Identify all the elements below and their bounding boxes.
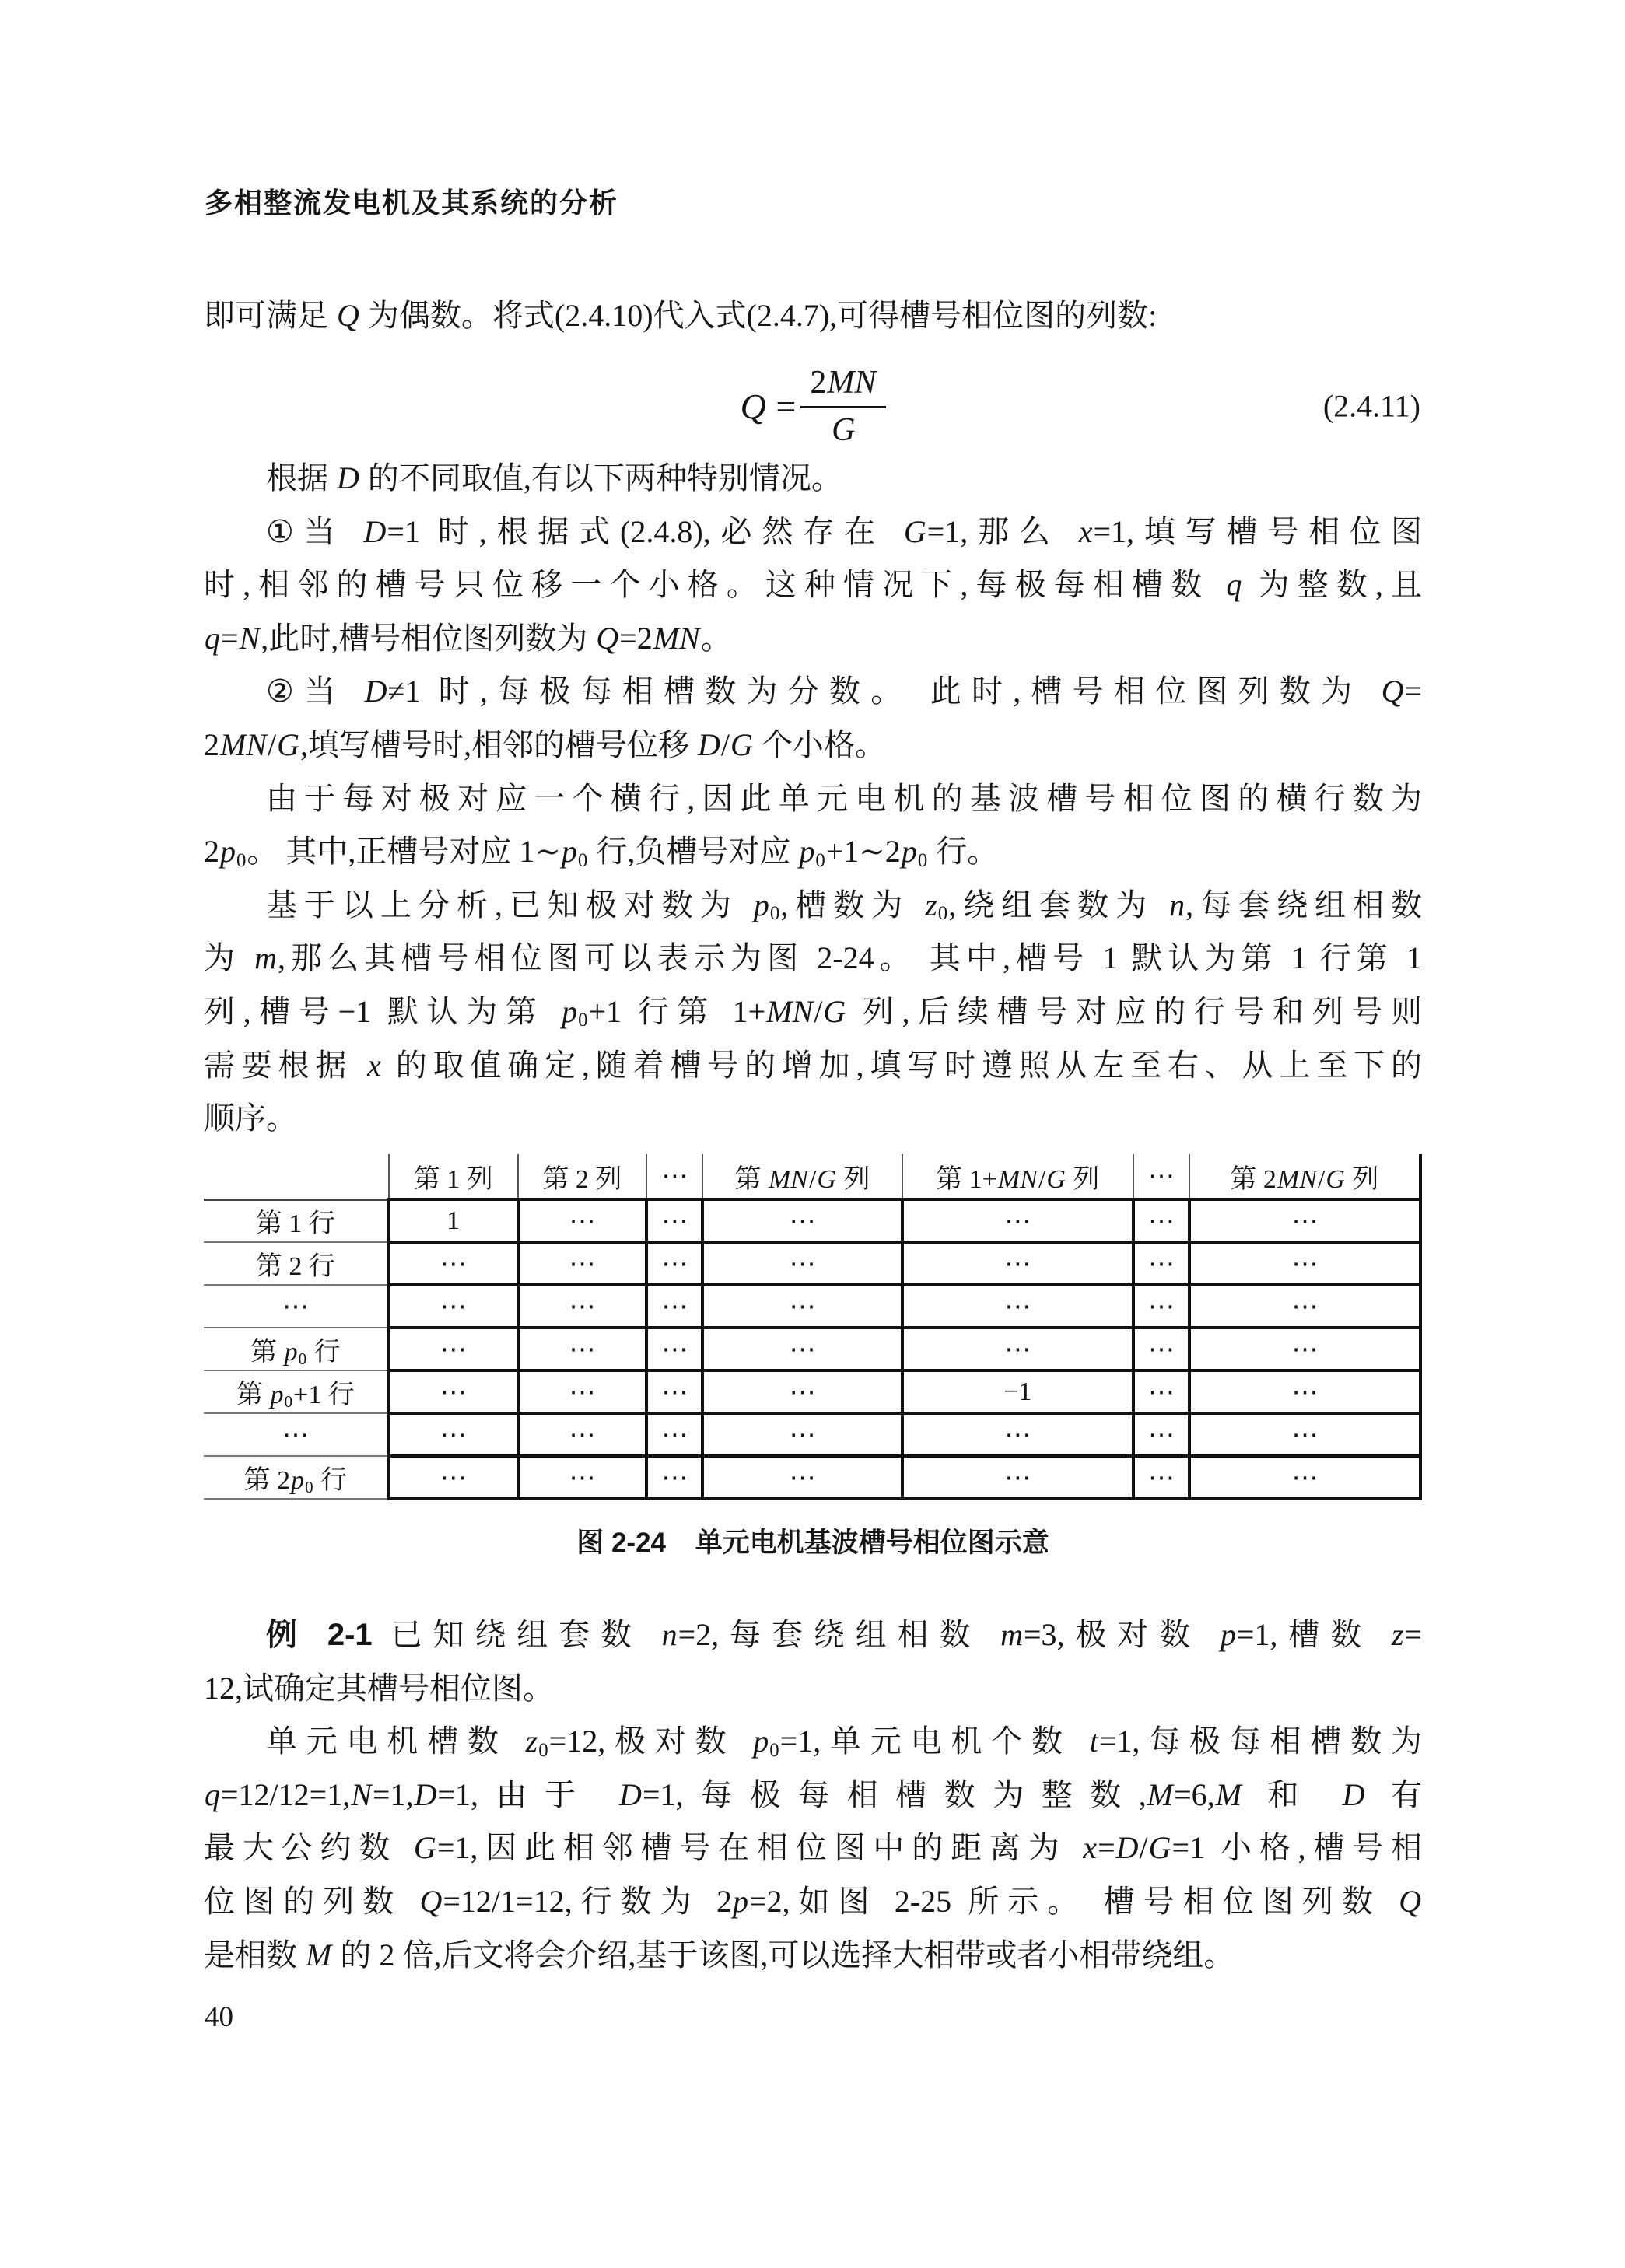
table-cell: ⋯	[518, 1456, 647, 1499]
table-cell: ⋯	[646, 1456, 702, 1499]
math-var: p	[753, 887, 770, 922]
table-cell: ⋯	[389, 1413, 518, 1456]
math-var: p	[752, 1724, 769, 1759]
table-body: 第 1 行1⋯⋯⋯⋯⋯⋯第 2 行⋯⋯⋯⋯⋯⋯⋯⋯⋯⋯⋯⋯⋯⋯⋯第 p0 行⋯⋯…	[204, 1199, 1420, 1499]
text-run: =1,由于	[437, 1777, 618, 1812]
text-line: 需要根据 x 的取值确定,随着槽号的增加,填写时遵照从左至右、从上至下的	[204, 1039, 1422, 1093]
math-var: G	[730, 727, 754, 762]
math-var: p	[798, 834, 815, 869]
text-run: /	[1038, 1165, 1045, 1194]
math-var: G	[903, 514, 927, 549]
figure-caption-title: 单元电机基波槽号相位图示意	[695, 1528, 1049, 1558]
row-header: 第 2p0 行	[204, 1456, 389, 1499]
text-line: 为 m,那么其槽号相位图可以表示为图 2-24。 其中,槽号 1 默认为第 1 …	[204, 932, 1422, 985]
table-cell: ⋯	[902, 1328, 1133, 1370]
text-run: =2	[619, 621, 653, 656]
text-line: 例 2-1 已知绕组套数 n=2,每套绕组相数 m=3,极对数 p=1,槽数 z…	[204, 1608, 1422, 1662]
text-run: +1 行第 1+	[588, 994, 765, 1029]
math-var: p	[219, 834, 236, 869]
text-run: 0	[299, 1349, 308, 1368]
text-run: +1∼2	[826, 834, 901, 869]
text-run: 有	[1365, 1777, 1422, 1812]
table-cell: ⋯	[646, 1328, 702, 1370]
row-header: ⋯	[204, 1413, 389, 1456]
text-run: 行	[307, 1338, 341, 1367]
table-cell: ⋯	[702, 1413, 902, 1456]
table-row: 第 p0+1 行⋯⋯⋯⋯−1⋯⋯	[204, 1370, 1420, 1413]
math-var: D	[413, 1777, 437, 1812]
math-var: MN	[653, 621, 701, 656]
math-var: G	[1148, 1830, 1172, 1865]
math-var: Q	[336, 298, 360, 333]
math-var: p	[290, 1466, 305, 1495]
table-row: ⋯⋯⋯⋯⋯⋯⋯⋯	[204, 1285, 1420, 1328]
table-cell: ⋯	[1189, 1456, 1420, 1499]
text-run: =3,极对数	[1024, 1617, 1220, 1652]
text-run: 个小格。	[754, 727, 886, 762]
table-cell: ⋯	[1189, 1285, 1420, 1328]
math-var: MN	[768, 1165, 809, 1194]
text-run: =1,槽数	[1237, 1617, 1391, 1652]
math-var: p	[284, 1338, 299, 1367]
table-cell: ⋯	[1133, 1199, 1189, 1242]
text-run: =12/12=1,	[221, 1777, 350, 1812]
table-cell: ⋯	[1189, 1413, 1420, 1456]
column-header: 第 MN/G 列	[702, 1154, 902, 1199]
table-row: 第 1 行1⋯⋯⋯⋯⋯⋯	[204, 1199, 1420, 1242]
text-run: ⋯	[661, 1162, 688, 1191]
table-cell: ⋯	[1189, 1242, 1420, 1285]
text-run: =12,极对数	[549, 1724, 753, 1759]
text-run: 行,负槽号对应	[588, 834, 798, 869]
text-run: =1,每极每相槽数为	[1099, 1724, 1422, 1759]
table-cell: 1	[389, 1199, 518, 1242]
table-cell: ⋯	[1133, 1413, 1189, 1456]
math-var: Q	[595, 621, 619, 656]
math-var: M	[305, 1937, 332, 1972]
math-var: MN	[219, 727, 268, 762]
math-var: MN	[826, 365, 877, 401]
math-var: D	[364, 674, 388, 709]
text-run: 例 2-1	[266, 1618, 373, 1652]
math-var: p	[732, 1884, 749, 1919]
text-line: 是相数 M 的 2 倍,后文将会介绍,基于该图,可以选择大相带或者小相带绕组。	[204, 1929, 1422, 1983]
math-var: D	[336, 460, 360, 495]
text-run: +1 行	[293, 1381, 355, 1409]
text-run: 的 2 倍,后文将会介绍,基于该图,可以选择大相带或者小相带绕组。	[332, 1937, 1235, 1972]
text-run: 0	[305, 1478, 314, 1496]
table-cell: ⋯	[646, 1370, 702, 1413]
table-cell: ⋯	[389, 1242, 518, 1285]
text-line: ①当 D=1 时,根据式(2.4.8),必然存在 G=1,那么 x=1,填写槽号…	[204, 506, 1422, 559]
table-cell: ⋯	[702, 1370, 902, 1413]
row-header: 第 1 行	[204, 1199, 389, 1242]
math-var: Q	[1381, 674, 1405, 709]
math-var: M	[1147, 1777, 1174, 1812]
text-run: 0	[770, 903, 780, 924]
corner-cell	[204, 1154, 389, 1199]
text-run: 第 1+	[936, 1165, 997, 1194]
text-line: 即可满足 Q 为偶数。将式(2.4.10)代入式(2.4.7),可得槽号相位图的…	[204, 289, 1422, 343]
table-cell: ⋯	[518, 1199, 647, 1242]
table-cell: ⋯	[1189, 1370, 1420, 1413]
math-var: N	[350, 1777, 373, 1812]
text-line: 根据 D 的不同取值,有以下两种特别情况。	[204, 452, 1422, 506]
text-run: 2	[204, 834, 219, 869]
row-header: 第 2 行	[204, 1242, 389, 1285]
math-var: Q	[419, 1884, 443, 1919]
text-run: 。	[701, 621, 732, 656]
row-header: 第 p0 行	[204, 1328, 389, 1370]
text-run: =12/1=12,行数为 2	[443, 1884, 732, 1919]
text-run: /	[814, 994, 822, 1029]
text-run: 即可满足	[204, 298, 336, 333]
text-run: 第 1 列	[414, 1165, 493, 1194]
math-var: Q	[740, 387, 767, 426]
math-var: G	[822, 994, 846, 1029]
figure-caption-label: 图 2-24	[576, 1528, 666, 1558]
equation-row: Q = 2MN G (2.4.11)	[204, 352, 1422, 460]
table-cell: ⋯	[646, 1242, 702, 1285]
book-page: 多相整流发电机及其系统的分析 即可满足 Q 为偶数。将式(2.4.10)代入式(…	[0, 0, 1625, 2268]
math-var: z	[525, 1724, 539, 1759]
text-run: =	[1404, 674, 1422, 709]
math-var: MN	[765, 994, 814, 1029]
text-run: ,那么其槽号相位图可以表示为图 2-24。 其中,槽号 1 默认为第 1 行第 …	[278, 940, 1422, 975]
math-var: z	[924, 887, 938, 922]
fraction-denominator: G	[800, 406, 886, 449]
column-header: 第 1 列	[389, 1154, 518, 1199]
text-line: 基于以上分析,已知极对数为 p0,槽数为 z0,绕组套数为 n,每套绕组相数	[204, 879, 1422, 933]
text-run: 0	[938, 903, 948, 924]
table-cell: ⋯	[702, 1285, 902, 1328]
math-var: p	[901, 834, 918, 869]
text-line: 位图的列数 Q=12/1=12,行数为 2p=2,如图 2-25 所示。 槽号相…	[204, 1875, 1422, 1929]
text-run: 2	[204, 727, 219, 762]
table-cell: ⋯	[902, 1285, 1133, 1328]
math-var: q	[1225, 567, 1242, 602]
equation-number: (2.4.11)	[1323, 388, 1420, 425]
text-run: 是相数	[204, 1937, 305, 1972]
table-cell: ⋯	[518, 1370, 647, 1413]
table-row: ⋯⋯⋯⋯⋯⋯⋯⋯	[204, 1413, 1420, 1456]
table-cell: ⋯	[902, 1456, 1133, 1499]
text-line: 由于每对极对应一个横行,因此单元电机的基波槽号相位图的横行数为	[204, 772, 1422, 826]
text-run: ⋯	[1148, 1162, 1175, 1191]
text-run: ①当	[266, 514, 362, 549]
math-var: x	[1078, 514, 1094, 549]
math-var: p	[1220, 1617, 1237, 1652]
table-cell: ⋯	[1133, 1456, 1189, 1499]
math-var: G	[831, 412, 856, 448]
text-run: 0	[538, 1740, 548, 1761]
math-var: D	[697, 727, 721, 762]
text-run: 时,相邻的槽号只位移一个小格。这种情况下,每极每相槽数	[204, 567, 1225, 602]
text-run: 列	[837, 1165, 870, 1194]
math-var: D	[1115, 1830, 1140, 1865]
running-header: 多相整流发电机及其系统的分析	[205, 181, 618, 221]
text-run: =1 时,根据式(2.4.8),必然存在	[387, 514, 902, 549]
table-cell: ⋯	[518, 1242, 647, 1285]
text-run: 列,后续槽号对应的行号和列号则	[846, 994, 1422, 1029]
text-run: =1,	[373, 1777, 414, 1812]
table-cell: ⋯	[646, 1199, 702, 1242]
math-var: m	[254, 940, 278, 975]
table-cell: ⋯	[646, 1285, 702, 1328]
text-run: /	[1140, 1830, 1148, 1865]
math-var: G	[413, 1830, 437, 1865]
text-run: ②当	[266, 674, 364, 709]
math-var: D	[618, 1777, 643, 1812]
math-var: G	[816, 1165, 837, 1194]
table-header-row: 第 1 列第 2 列⋯第 MN/G 列第 1+MN/G 列⋯第 2MN/G 列	[204, 1154, 1420, 1199]
text-run: 基于以上分析,已知极对数为	[266, 887, 753, 922]
math-var: Q	[1398, 1884, 1422, 1919]
text-run: 为整数,且	[1242, 567, 1422, 602]
math-var: p	[269, 1381, 284, 1409]
text-run: 的取值确定,随着槽号的增加,填写时遵照从左至右、从上至下的	[382, 1048, 1422, 1083]
table-cell: ⋯	[389, 1456, 518, 1499]
text-line: 列,槽号−1 默认为第 p0+1 行第 1+MN/G 列,后续槽号对应的行号和列…	[204, 985, 1422, 1039]
math-var: M	[1215, 1777, 1242, 1812]
text-run: 第 2	[1230, 1165, 1277, 1194]
text-run: ,填写槽号时,相邻的槽号位移	[300, 727, 697, 762]
text-run: ⋯	[282, 1293, 309, 1321]
text-run: 第	[250, 1338, 284, 1367]
table-cell: ⋯	[1133, 1242, 1189, 1285]
math-var: D	[362, 514, 387, 549]
text-run: 2	[810, 365, 826, 401]
table-cell: ⋯	[389, 1328, 518, 1370]
text-run: 0	[918, 850, 928, 871]
text-run: 最大公约数	[204, 1830, 413, 1865]
column-header: ⋯	[1133, 1154, 1189, 1199]
math-var: p	[561, 834, 578, 869]
row-header: 第 p0+1 行	[204, 1370, 389, 1413]
text-line: 2p0。 其中,正槽号对应 1∼p0 行,负槽号对应 p0+1∼2p0 行。	[204, 825, 1422, 879]
text-run: =6,	[1174, 1777, 1215, 1812]
text-run: ≠1 时,每极每相槽数为分数。 此时,槽号相位图列数为	[387, 674, 1380, 709]
table-cell: ⋯	[1133, 1370, 1189, 1413]
table-cell: ⋯	[902, 1199, 1133, 1242]
math-var: z	[1391, 1617, 1405, 1652]
table-cell: ⋯	[1189, 1199, 1420, 1242]
math-var: n	[1168, 887, 1185, 922]
table-cell: ⋯	[518, 1285, 647, 1328]
math-var: MN	[1277, 1165, 1318, 1194]
text-run: 位图的列数	[204, 1884, 419, 1919]
table-cell: ⋯	[902, 1242, 1133, 1285]
text-run: 列	[1346, 1165, 1379, 1194]
text-run: 0	[284, 1392, 293, 1411]
text-run: =1 小格,槽号相	[1172, 1830, 1422, 1865]
text-run: =1,每极每相槽数为整数,	[643, 1777, 1147, 1812]
paragraphs-main: 根据 D 的不同取值,有以下两种特别情况。①当 D=1 时,根据式(2.4.8)…	[204, 452, 1422, 1146]
column-header: ⋯	[646, 1154, 702, 1199]
figure-caption: 图 2-24 单元电机基波槽号相位图示意	[204, 1521, 1422, 1560]
text-run: 单元电机槽数	[266, 1724, 525, 1759]
text-run: 顺序。	[204, 1101, 297, 1136]
text-run: 列,槽号−1 默认为第	[204, 994, 561, 1029]
text-run: 0	[578, 1010, 588, 1031]
table-cell: ⋯	[389, 1370, 518, 1413]
text-run: 0	[769, 1740, 779, 1761]
text-run: ⋯	[282, 1421, 309, 1450]
text-run: 由于每对极对应一个横行,因此单元电机的基波槽号相位图的横行数为	[266, 781, 1422, 816]
table-cell: ⋯	[518, 1328, 647, 1370]
text-run: 已知绕组套数	[373, 1617, 661, 1652]
text-run: 0	[815, 850, 825, 871]
text-run: 为偶数。将式(2.4.10)代入式(2.4.7),可得槽号相位图的列数:	[360, 298, 1157, 333]
equation-lhs: Q =	[740, 386, 797, 427]
table-cell: −1	[902, 1370, 1133, 1413]
text-run: 0	[236, 850, 247, 871]
row-header: ⋯	[204, 1285, 389, 1328]
text-run: =1,因此相邻槽号在相位图中的距离为	[437, 1830, 1082, 1865]
table-row: 第 2 行⋯⋯⋯⋯⋯⋯⋯	[204, 1242, 1420, 1285]
text-line: 12,试确定其槽号相位图。	[204, 1662, 1422, 1716]
text-run: =	[767, 387, 796, 426]
math-var: G	[1325, 1165, 1346, 1194]
equation-fraction: 2MN G	[800, 364, 886, 449]
math-var: G	[276, 727, 300, 762]
text-run: 0	[578, 850, 588, 871]
text-run: ,每套绕组相数	[1185, 887, 1422, 922]
table-cell: ⋯	[702, 1456, 902, 1499]
text-run: =	[1098, 1830, 1115, 1865]
fraction-numerator: 2MN	[800, 364, 886, 406]
text-run: 第	[236, 1381, 270, 1409]
math-var: G	[1045, 1165, 1066, 1194]
paragraphs-before-equation: 即可满足 Q 为偶数。将式(2.4.10)代入式(2.4.7),可得槽号相位图的…	[204, 289, 1422, 343]
table-cell: ⋯	[702, 1328, 902, 1370]
table-header: 第 1 列第 2 列⋯第 MN/G 列第 1+MN/G 列⋯第 2MN/G 列	[204, 1154, 1420, 1199]
text-run: 行	[314, 1466, 348, 1495]
math-var: x	[366, 1048, 382, 1083]
table-cell: ⋯	[1189, 1328, 1420, 1370]
math-var: p	[561, 994, 578, 1029]
table-cell: ⋯	[702, 1199, 902, 1242]
text-run: /	[1318, 1165, 1325, 1194]
text-run: =1,那么	[927, 514, 1078, 549]
math-var: n	[661, 1617, 678, 1652]
text-line: 2MN/G,填写槽号时,相邻的槽号位移 D/G 个小格。	[204, 719, 1422, 772]
math-var: N	[239, 621, 261, 656]
text-run: 第 2	[244, 1466, 291, 1495]
text-run: =2,如图 2-25 所示。 槽号相位图列数	[749, 1884, 1398, 1919]
math-var: q	[204, 1777, 221, 1812]
phase-diagram-table: 第 1 列第 2 列⋯第 MN/G 列第 1+MN/G 列⋯第 2MN/G 列 …	[204, 1154, 1422, 1500]
text-line: q=N,此时,槽号相位图列数为 Q=2MN。	[204, 612, 1422, 666]
text-run: 第 2 列	[542, 1165, 622, 1194]
math-var: MN	[997, 1165, 1038, 1194]
math-var: t	[1089, 1724, 1099, 1759]
text-run: 和	[1242, 1777, 1342, 1812]
text-run: ,槽数为	[780, 887, 924, 922]
text-run: 第 1 行	[256, 1209, 335, 1238]
text-run: =1,单元电机个数	[780, 1724, 1089, 1759]
math-var: D	[1342, 1777, 1366, 1812]
text-run: 根据	[266, 460, 336, 495]
table-cell: ⋯	[1133, 1285, 1189, 1328]
text-run: /	[721, 727, 730, 762]
text-line: q=12/12=1,N=1,D=1,由于 D=1,每极每相槽数为整数,M=6,M…	[204, 1769, 1422, 1822]
text-run: 第	[734, 1165, 768, 1194]
text-run: ,此时,槽号相位图列数为	[261, 621, 595, 656]
math-var: q	[204, 621, 221, 656]
equation: Q = 2MN G	[740, 352, 887, 460]
text-run: 为	[204, 940, 254, 975]
table-cell: ⋯	[702, 1242, 902, 1285]
table-cell: ⋯	[389, 1285, 518, 1328]
page-number: 40	[205, 2000, 233, 2034]
table-cell: ⋯	[902, 1413, 1133, 1456]
text-run: 第 2 行	[256, 1252, 335, 1281]
text-line: 最大公约数 G=1,因此相邻槽号在相位图中的距离为 x=D/G=1 小格,槽号相	[204, 1822, 1422, 1875]
text-run: =	[1404, 1617, 1422, 1652]
text-run: ,绕组套数为	[948, 887, 1168, 922]
text-run: =1,填写槽号相位图	[1093, 514, 1422, 549]
text-run: /	[809, 1165, 816, 1194]
text-run: 列	[1066, 1165, 1100, 1194]
text-line: 单元电机槽数 z0=12,极对数 p0=1,单元电机个数 t=1,每极每相槽数为	[204, 1715, 1422, 1769]
column-header: 第 2MN/G 列	[1189, 1154, 1420, 1199]
text-run: 行。	[928, 834, 998, 869]
column-header: 第 1+MN/G 列	[902, 1154, 1133, 1199]
text-run: 的不同取值,有以下两种特别情况。	[360, 460, 842, 495]
text-run: 需要根据	[204, 1048, 366, 1083]
text-line: 顺序。	[204, 1092, 1422, 1146]
math-var: x	[1082, 1830, 1098, 1865]
table-cell: ⋯	[646, 1413, 702, 1456]
text-run: 。 其中,正槽号对应 1∼	[247, 834, 561, 869]
text-run: =	[221, 621, 239, 656]
column-header: 第 2 列	[518, 1154, 647, 1199]
table-row: 第 p0 行⋯⋯⋯⋯⋯⋯⋯	[204, 1328, 1420, 1370]
math-var: m	[1000, 1617, 1024, 1652]
text-run: 12,试确定其槽号相位图。	[204, 1671, 554, 1706]
text-line: ②当 D≠1 时,每极每相槽数为分数。 此时,槽号相位图列数为 Q=	[204, 665, 1422, 719]
text-run: /	[268, 727, 276, 762]
table-cell: ⋯	[518, 1413, 647, 1456]
table-row: 第 2p0 行⋯⋯⋯⋯⋯⋯⋯	[204, 1456, 1420, 1499]
text-run: =2,每套绕组相数	[678, 1617, 1000, 1652]
table-cell: ⋯	[1133, 1328, 1189, 1370]
paragraphs-after-table: 例 2-1 已知绕组套数 n=2,每套绕组相数 m=3,极对数 p=1,槽数 z…	[204, 1608, 1422, 1982]
text-line: 时,相邻的槽号只位移一个小格。这种情况下,每极每相槽数 q 为整数,且	[204, 558, 1422, 612]
